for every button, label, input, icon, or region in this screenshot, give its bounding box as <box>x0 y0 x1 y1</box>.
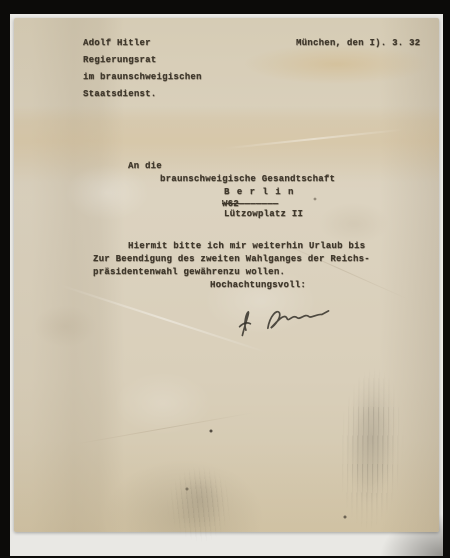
photo-mat: Adolf Hitler Regierungsrat im braunschwe… <box>10 14 443 556</box>
body-line-3: präsidentenwahl gewährenzu wollen. <box>93 267 285 277</box>
ink-specks <box>14 18 16 20</box>
paper-crease <box>75 412 252 444</box>
dateline: München, den I). 3. 32 <box>296 38 420 48</box>
recipient-city: B e r l i n <box>224 187 294 197</box>
strike-dashes: ——————— <box>239 199 279 209</box>
sender-title: Regierungsrat <box>83 55 156 65</box>
signature-scrawl <box>217 289 346 348</box>
sender-line4: Staatsdienst. <box>83 89 156 99</box>
body-line-1: Hiermit bitte ich mir weiterhin Urlaub b… <box>128 241 365 251</box>
paper-crease <box>224 129 403 150</box>
recipient-office: braunschweigische Gesandtschaft <box>160 174 335 184</box>
struck-postal-code: W62 <box>222 199 239 209</box>
body-line-2: Zur Beendigung des zweiten Wahlganges de… <box>93 254 370 264</box>
letter-paper: Adolf Hitler Regierungsrat im braunschwe… <box>14 18 439 532</box>
closing-salutation: Hochachtungsvoll: <box>210 280 306 290</box>
sender-line3: im braunschweigischen <box>83 72 202 82</box>
pencil-smudge-streaks <box>331 346 411 549</box>
sender-name: Adolf Hitler <box>83 38 151 48</box>
recipient-salutation: An die <box>128 161 162 171</box>
smudge-streaks-lower-left <box>161 454 240 555</box>
recipient-struck-line: W62——————— <box>222 199 279 209</box>
recipient-street: Lützowplatz II <box>224 209 303 219</box>
